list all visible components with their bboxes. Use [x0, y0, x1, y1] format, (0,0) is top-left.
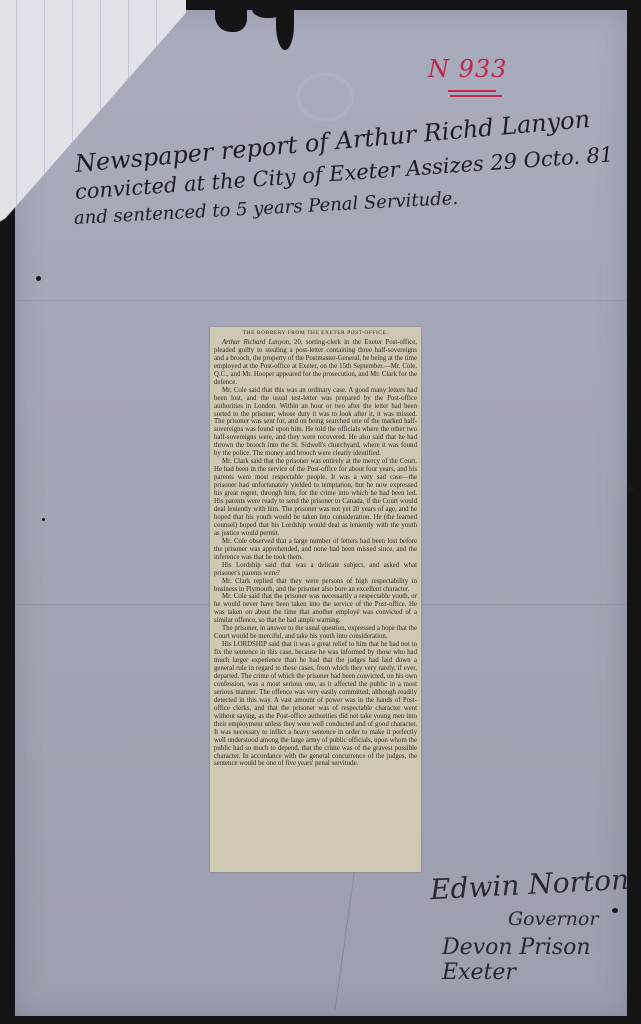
- ref-underline: [448, 90, 496, 92]
- signature-institution: Devon Prison Exeter: [442, 935, 641, 985]
- ink-spot: [612, 908, 618, 913]
- clipping-title: THE ROBBERY FROM THE EXETER POST-OFFICE.: [214, 330, 417, 338]
- embossed-seal: [296, 72, 354, 122]
- clipping-paragraph: Arthur Richard Lanyon, 20, sorting-clerk…: [214, 339, 417, 387]
- background-edge: [627, 0, 641, 1024]
- clipping-paragraph: Mr. Clark replied that they were persons…: [214, 578, 417, 594]
- ref-underline: [450, 95, 502, 97]
- clipping-paragraph: Mr. Cole observed that a large number of…: [214, 538, 417, 562]
- clipping-paragraph: The prisoner, in answer to the usual que…: [214, 625, 417, 641]
- newspaper-clipping: THE ROBBERY FROM THE EXETER POST-OFFICE.…: [210, 327, 421, 872]
- clipping-paragraph: Mr. Cole said that this was an ordinary …: [214, 387, 417, 459]
- ink-spot: [42, 518, 45, 521]
- torn-edge: [215, 0, 247, 32]
- torn-edge: [276, 0, 294, 50]
- clipping-paragraph: His Lordship said that was a delicate su…: [214, 562, 417, 578]
- ink-spot: [36, 276, 41, 281]
- reference-number: N 933: [428, 55, 507, 83]
- signature-title: Governor: [508, 908, 598, 930]
- clipping-paragraph: Mr. Clark said that the prisoner was ent…: [214, 458, 417, 538]
- clipping-paragraph: His LORDSHIP said that it was a great re…: [214, 641, 417, 768]
- ink-spot: [629, 486, 634, 491]
- fold-line: [15, 300, 627, 301]
- clipping-paragraph: Mr. Cole said that the prisoner was nece…: [214, 593, 417, 625]
